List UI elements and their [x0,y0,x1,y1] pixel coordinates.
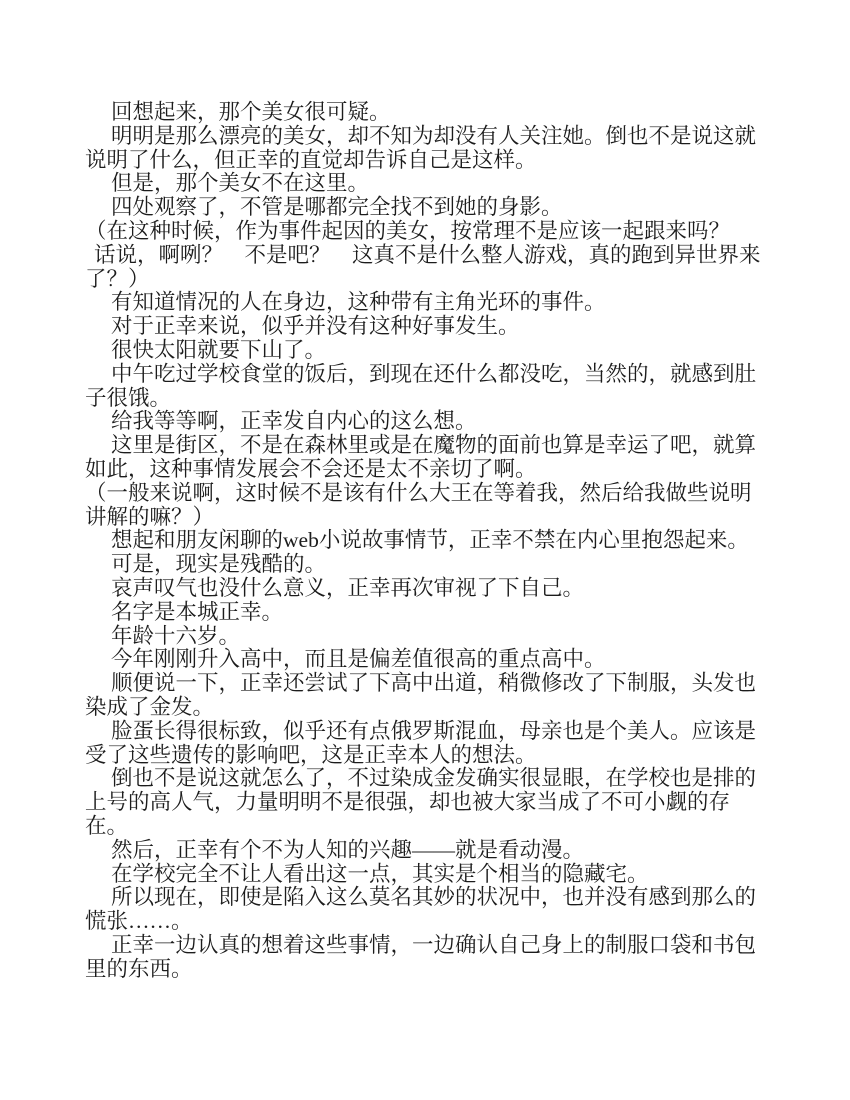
text-line: 在。 [85,815,785,839]
text-line: 中午吃过学校食堂的饭后，到现在还什么都没吃，当然的，就感到肚 [85,363,785,387]
text-line: 讲解的嘛？） [85,506,785,530]
text-line: 有知道情况的人在身边，这种带有主角光环的事件。 [85,291,785,315]
text-line: 如此，这种事情发展会不会还是太不亲切了啊。 [85,458,785,482]
text-line: 里的东西。 [85,958,785,982]
text-line: 正幸一边认真的想着这些事情，一边确认自己身上的制服口袋和书包 [85,934,785,958]
text-line: 在学校完全不让人看出这一点，其实是个相当的隐藏宅。 [85,863,785,887]
text-line: 了？） [85,268,785,292]
novel-text-block: 回想起来，那个美女很可疑。明明是那么漂亮的美女，却不知为却没有人关注她。倒也不是… [85,101,785,981]
text-line: 子很饿。 [85,387,785,411]
text-line: 然后，正幸有个不为人知的兴趣——就是看动漫。 [85,839,785,863]
document-page: 回想起来，那个美女很可疑。明明是那么漂亮的美女，却不知为却没有人关注她。倒也不是… [0,0,850,1100]
text-line: 慌张……。 [85,910,785,934]
text-line: （在这种时候，作为事件起因的美女，按常理不是应该一起跟来吗？ [85,220,785,244]
text-line: 名字是本城正幸。 [85,601,785,625]
text-line: 顺便说一下，正幸还尝试了下高中出道，稍微修改了下制服，头发也 [85,672,785,696]
text-line: 给我等等啊，正幸发自内心的这么想。 [85,410,785,434]
text-line: 受了这些遗传的影响吧，这是正幸本人的想法。 [85,744,785,768]
text-line: 这里是街区，不是在森林里或是在魔物的面前也算是幸运了吧，就算 [85,434,785,458]
text-line: 说明了什么，但正幸的直觉却告诉自己是这样。 [85,149,785,173]
text-line: 脸蛋长得很标致，似乎还有点俄罗斯混血，母亲也是个美人。应该是 [85,720,785,744]
text-line: 明明是那么漂亮的美女，却不知为却没有人关注她。倒也不是说这就 [85,125,785,149]
text-line: 哀声叹气也没什么意义，正幸再次审视了下自己。 [85,577,785,601]
text-line: （一般来说啊，这时候不是该有什么大王在等着我，然后给我做些说明 [85,482,785,506]
text-line: 倒也不是说这就怎么了，不过染成金发确实很显眼，在学校也是排的 [85,767,785,791]
text-line: 年龄十六岁。 [85,625,785,649]
text-line: 想起和朋友闲聊的web小说故事情节，正幸不禁在内心里抱怨起来。 [85,529,785,553]
text-line: 回想起来，那个美女很可疑。 [85,101,785,125]
text-line: 话说，啊咧？ 不是吧？ 这真不是什么整人游戏，真的跑到异世界来 [85,244,785,268]
text-line: 可是，现实是残酷的。 [85,553,785,577]
text-line: 四处观察了，不管是哪都完全找不到她的身影。 [85,196,785,220]
text-line: 上号的高人气，力量明明不是很强，却也被大家当成了不可小觑的存 [85,791,785,815]
text-line: 很快太阳就要下山了。 [85,339,785,363]
text-line: 今年刚刚升入高中，而且是偏差值很高的重点高中。 [85,648,785,672]
text-line: 对于正幸来说，似乎并没有这种好事发生。 [85,315,785,339]
text-line: 但是，那个美女不在这里。 [85,172,785,196]
text-line: 所以现在，即使是陷入这么莫名其妙的状况中，也并没有感到那么的 [85,886,785,910]
text-line: 染成了金发。 [85,696,785,720]
